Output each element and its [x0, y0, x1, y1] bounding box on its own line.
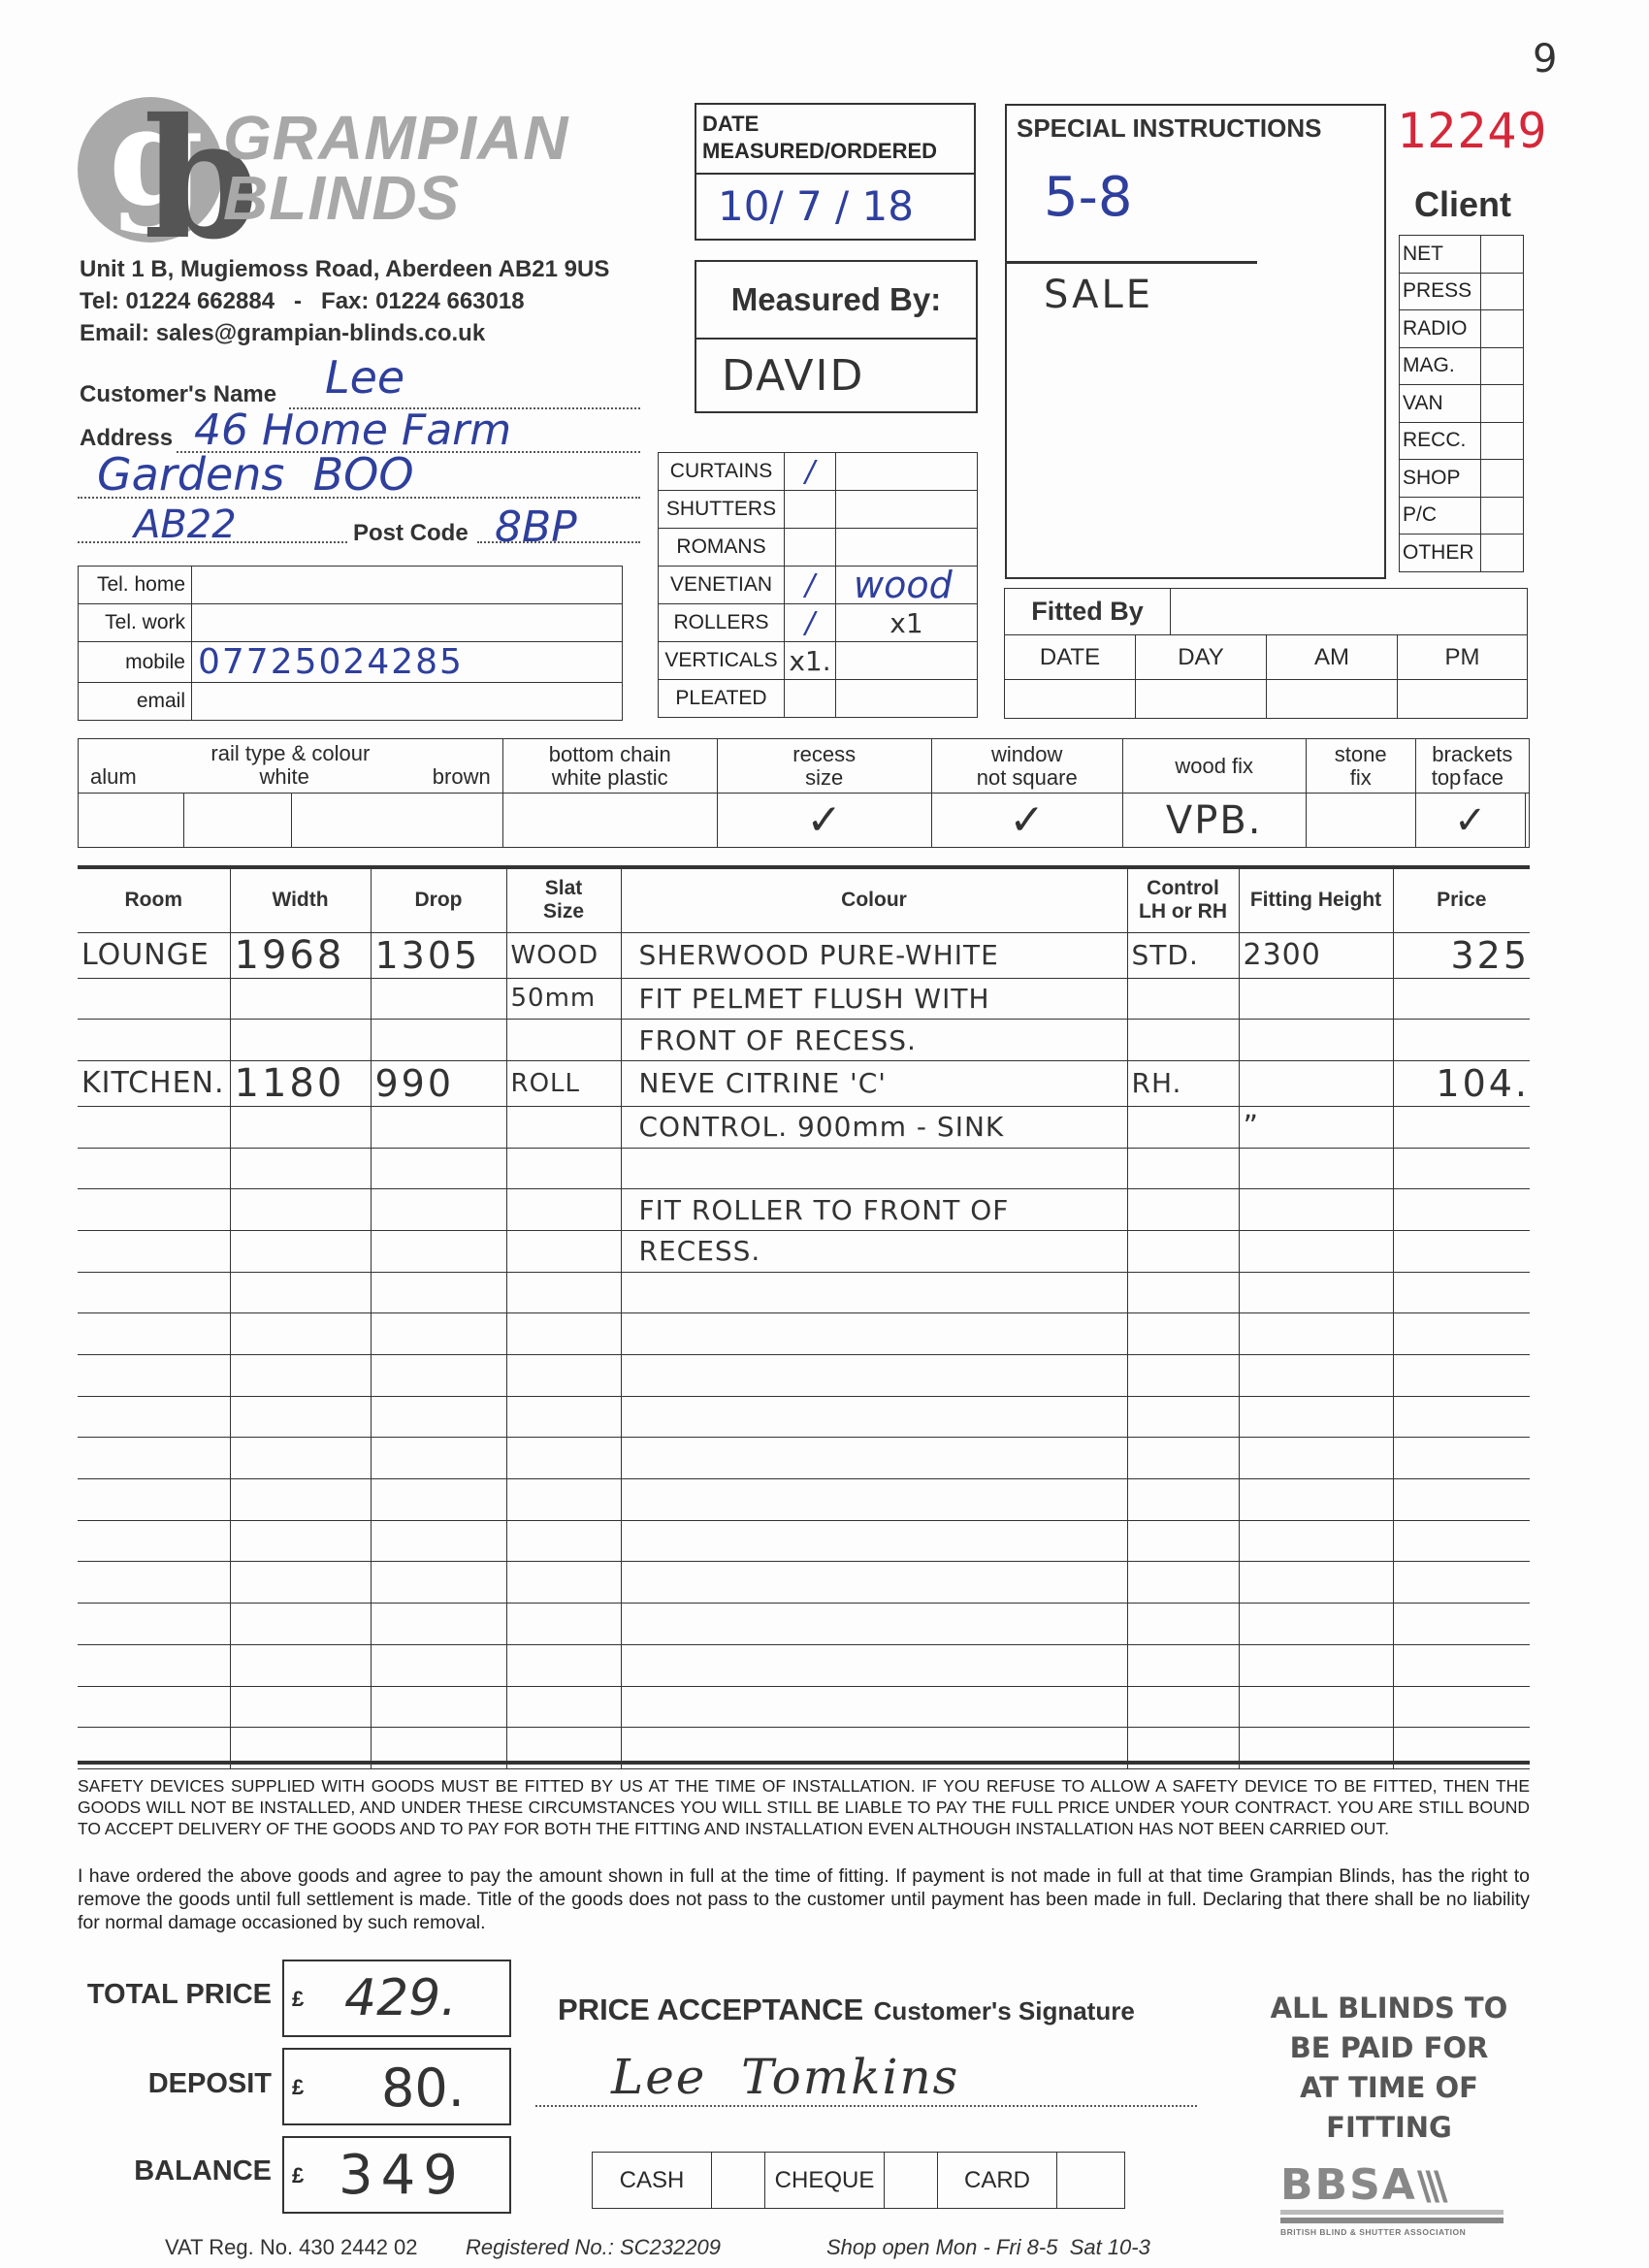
payment-method-table: CASH CHEQUE CARD [592, 2152, 1125, 2209]
rail-alum-field[interactable] [79, 794, 184, 848]
cell-width[interactable] [230, 1644, 371, 1686]
cell-price[interactable] [1393, 1479, 1530, 1521]
cell-control[interactable] [1127, 1148, 1239, 1189]
payment-notice: ALL BLINDS TO BE PAID FOR AT TIME OF FIT… [1244, 1989, 1535, 2148]
cell-drop[interactable] [371, 1644, 506, 1686]
cell-colour[interactable] [621, 1644, 1127, 1686]
special-instructions-label: SPECIAL INSTRUCTIONS [1017, 113, 1321, 144]
cell-width[interactable] [230, 1479, 371, 1521]
cell-price[interactable] [1393, 1520, 1530, 1562]
cell-slat[interactable] [506, 1313, 621, 1355]
cell-room[interactable] [78, 1604, 230, 1645]
signature-line [535, 2105, 1197, 2107]
cell-control[interactable]: STD. [1127, 932, 1239, 978]
cell-slat[interactable] [506, 1106, 621, 1148]
cell-price[interactable] [1393, 1604, 1530, 1645]
cell-room[interactable] [78, 1479, 230, 1521]
rail-type-label: rail type & colour [79, 742, 502, 765]
recess-label-1: recess [718, 743, 931, 766]
cell-price[interactable] [1393, 1562, 1530, 1604]
cell-width[interactable] [230, 1604, 371, 1645]
measured-by-label: Measured By: [731, 281, 941, 318]
cell-colour[interactable] [621, 1604, 1127, 1645]
cell-drop[interactable] [371, 1438, 506, 1479]
cell-drop[interactable] [371, 1230, 506, 1272]
blind-type-curtains-check[interactable]: / [785, 453, 836, 491]
blind-type-pleated-check[interactable] [785, 680, 836, 718]
cell-width[interactable] [230, 978, 371, 1020]
cell-drop[interactable] [371, 1604, 506, 1645]
cell-width[interactable]: 1968 [230, 932, 371, 978]
cell-control[interactable] [1127, 1438, 1239, 1479]
cell-fitting[interactable] [1239, 1562, 1393, 1604]
cell-fitting[interactable] [1239, 1272, 1393, 1313]
bbsa-stripes-icon: \\\ [1417, 2164, 1442, 2209]
col-price: Price [1393, 868, 1530, 932]
customer-name-field[interactable]: Lee [325, 351, 404, 404]
page-number-annotation: 9 [1533, 37, 1557, 81]
cell-width[interactable] [230, 1562, 371, 1604]
cell-fitting[interactable] [1239, 1230, 1393, 1272]
cell-colour[interactable]: CONTROL. 900mm - SINK [621, 1106, 1127, 1148]
cell-control[interactable] [1127, 1020, 1239, 1061]
cell-slat[interactable] [506, 1520, 621, 1562]
cell-control[interactable] [1127, 1313, 1239, 1355]
cell-room[interactable]: LOUNGE [78, 932, 230, 978]
tel-work-label: Tel. work [79, 604, 192, 642]
cell-control[interactable] [1127, 1604, 1239, 1645]
cell-colour[interactable]: SHERWOOD PURE-WHITE [621, 932, 1127, 978]
blind-type-romans-check[interactable] [785, 529, 836, 567]
cell-price[interactable] [1393, 1438, 1530, 1479]
cell-fitting[interactable] [1239, 1520, 1393, 1562]
cell-room[interactable]: KITCHEN. [78, 1060, 230, 1106]
client-source-van-checkbox[interactable] [1481, 385, 1524, 423]
cell-width[interactable] [230, 1020, 371, 1061]
cell-colour[interactable] [621, 1355, 1127, 1397]
cell-fitting[interactable] [1239, 1020, 1393, 1061]
bbsa-bar-2 [1280, 2218, 1503, 2223]
cell-colour[interactable]: FRONT OF RECESS. [621, 1020, 1127, 1061]
window-not-square-field[interactable]: ✓ [931, 794, 1122, 848]
client-source-net-checkbox[interactable] [1481, 236, 1524, 274]
fitted-by-table: Fitted By [1004, 588, 1528, 635]
table-row: LOUNGE19681305WOODSHERWOOD PURE-WHITESTD… [78, 932, 1530, 978]
cell-room[interactable] [78, 1230, 230, 1272]
cell-control[interactable] [1127, 1396, 1239, 1438]
cell-fitting[interactable] [1239, 1604, 1393, 1645]
cell-width[interactable] [230, 1396, 371, 1438]
payment-cash-checkbox[interactable] [712, 2153, 765, 2209]
cell-fitting[interactable] [1239, 1313, 1393, 1355]
blind-type-curtains-label: CURTAINS [659, 453, 785, 491]
cell-room[interactable] [78, 1396, 230, 1438]
cell-slat[interactable] [506, 1396, 621, 1438]
blind-type-shutters-label: SHUTTERS [659, 491, 785, 529]
cell-room[interactable] [78, 1562, 230, 1604]
table-row [78, 1355, 1530, 1397]
cell-width[interactable]: 1180 [230, 1060, 371, 1106]
balance-box[interactable]: £ 349 [282, 2136, 511, 2214]
table-row [78, 1686, 1530, 1728]
cell-colour[interactable] [621, 1272, 1127, 1313]
total-price-field[interactable]: 429. [344, 1969, 457, 2027]
col-colour: Colour [621, 868, 1127, 932]
cell-width[interactable] [230, 1520, 371, 1562]
cell-control[interactable] [1127, 1562, 1239, 1604]
cell-control[interactable] [1127, 1230, 1239, 1272]
cell-fitting[interactable] [1239, 1060, 1393, 1106]
cell-colour[interactable]: RECESS. [621, 1230, 1127, 1272]
cell-fitting[interactable] [1239, 1686, 1393, 1728]
address-field-line2[interactable]: Gardens BOO [97, 448, 414, 501]
client-source-recc-checkbox[interactable] [1481, 422, 1524, 460]
measured-by-field[interactable]: DAVID [722, 351, 864, 401]
cell-colour[interactable] [621, 1438, 1127, 1479]
date-measured-field[interactable]: 10/ 7 / 18 [718, 182, 914, 230]
cell-width[interactable] [230, 1189, 371, 1231]
blind-type-pleated-note[interactable] [836, 680, 978, 718]
rail-white-field[interactable] [184, 794, 292, 848]
cell-drop[interactable]: 990 [371, 1060, 506, 1106]
stone-fix-field[interactable] [1306, 794, 1415, 848]
cell-drop[interactable] [371, 1313, 506, 1355]
balance-currency: £ [292, 2163, 304, 2188]
cell-control[interactable] [1127, 978, 1239, 1020]
table-row [78, 1148, 1530, 1189]
cell-room[interactable] [78, 1355, 230, 1397]
cell-room[interactable] [78, 1020, 230, 1061]
cell-price[interactable] [1393, 978, 1530, 1020]
brackets-face-field[interactable] [1525, 794, 1529, 848]
cell-slat[interactable] [506, 1230, 621, 1272]
cell-colour[interactable]: NEVE CITRINE 'C' [621, 1060, 1127, 1106]
cell-fitting[interactable] [1239, 1396, 1393, 1438]
cell-slat[interactable]: WOOD [506, 932, 621, 978]
customer-signature-label: Customer's Signature [874, 1996, 1135, 2025]
wood-fix-field[interactable]: VPB. [1122, 794, 1306, 848]
stone-label-2: fix [1307, 766, 1415, 790]
blind-type-shutters-check[interactable] [785, 491, 836, 529]
cell-control[interactable] [1127, 1355, 1239, 1397]
cell-drop[interactable] [371, 1355, 506, 1397]
cell-price[interactable] [1393, 1020, 1530, 1061]
cell-room[interactable] [78, 1189, 230, 1231]
cell-colour[interactable] [621, 1520, 1127, 1562]
blind-type-curtains-note[interactable] [836, 453, 978, 491]
cell-control[interactable] [1127, 1686, 1239, 1728]
cell-drop[interactable] [371, 1148, 506, 1189]
special-instructions-divider [1007, 261, 1257, 264]
cell-price[interactable]: 325 [1393, 932, 1530, 978]
fitted-by-label: Fitted By [1005, 589, 1171, 635]
payment-card-label: CARD [938, 2153, 1057, 2209]
cell-drop[interactable]: 1305 [371, 932, 506, 978]
blind-type-venetian-note[interactable]: wood [836, 567, 978, 604]
email-field[interactable] [192, 683, 623, 721]
date-label-line2: MEASURED/ORDERED [702, 138, 937, 165]
blind-type-venetian-check[interactable]: / [785, 567, 836, 604]
table-row [78, 1438, 1530, 1479]
table-row: 50mmFIT PELMET FLUSH WITH [78, 978, 1530, 1020]
blind-type-verticals-label: VERTICALS [659, 642, 785, 680]
cell-width[interactable] [230, 1355, 371, 1397]
client-source-pc-checkbox[interactable] [1481, 497, 1524, 535]
fitting-options-table: rail type & colour alum white brown bott… [78, 738, 1530, 848]
cell-price[interactable] [1393, 1396, 1530, 1438]
cell-width[interactable] [230, 1148, 371, 1189]
cell-room[interactable] [78, 1644, 230, 1686]
cell-control[interactable] [1127, 1644, 1239, 1686]
cell-room[interactable] [78, 1686, 230, 1728]
blind-type-romans-note[interactable] [836, 529, 978, 567]
cell-price[interactable] [1393, 1313, 1530, 1355]
recess-size-field[interactable]: ✓ [717, 794, 931, 848]
bottom-chain-field[interactable] [502, 794, 717, 848]
address-field-line3[interactable]: AB22 [134, 502, 237, 547]
cell-fitting[interactable] [1239, 1148, 1393, 1189]
bbsa-bar-1 [1280, 2210, 1503, 2215]
cell-control[interactable] [1127, 1106, 1239, 1148]
special-instructions-line2[interactable]: SALE [1044, 273, 1153, 317]
col-slat-label-1: Slat [507, 877, 621, 900]
cell-price[interactable]: 104. [1393, 1060, 1530, 1106]
tel-home-field[interactable] [192, 567, 623, 604]
cell-fitting[interactable] [1239, 1355, 1393, 1397]
table-row [78, 1396, 1530, 1438]
cell-room[interactable] [78, 1313, 230, 1355]
cell-price[interactable] [1393, 1644, 1530, 1686]
blind-type-rollers-label: ROLLERS [659, 604, 785, 642]
cell-fitting[interactable]: ” [1239, 1106, 1393, 1148]
postcode-field[interactable]: 8BP [495, 502, 577, 552]
special-instructions-line1[interactable]: 5-8 [1044, 166, 1132, 229]
recess-label-2: size [718, 766, 931, 790]
blind-type-table: CURTAINS / SHUTTERS ROMANS VENETIAN / wo… [658, 452, 978, 718]
cell-room[interactable] [78, 1106, 230, 1148]
cell-control[interactable] [1127, 1189, 1239, 1231]
cell-slat[interactable] [506, 1272, 621, 1313]
table-row: RECESS. [78, 1230, 1530, 1272]
cell-slat[interactable] [506, 1355, 621, 1397]
payment-card-checkbox[interactable] [1057, 2153, 1125, 2209]
cell-slat[interactable]: 50mm [506, 978, 621, 1020]
client-source-press-checkbox[interactable] [1481, 273, 1524, 310]
blind-type-venetian-label: VENETIAN [659, 567, 785, 604]
bbsa-logo-text: BBSA\\\ [1280, 2166, 1503, 2206]
table-row [78, 1520, 1530, 1562]
table-row [78, 1604, 1530, 1645]
col-room: Room [78, 868, 230, 932]
cell-colour[interactable]: FIT PELMET FLUSH WITH [621, 978, 1127, 1020]
stone-fix-header: stone fix [1306, 739, 1415, 794]
balance-field[interactable]: 349 [339, 2144, 466, 2207]
postcode-label: Post Code [353, 520, 469, 547]
fitting-pm-field[interactable] [1398, 680, 1528, 719]
cell-colour[interactable] [621, 1148, 1127, 1189]
cell-drop[interactable] [371, 1562, 506, 1604]
items-table-body: LOUNGE19681305WOODSHERWOOD PURE-WHITESTD… [78, 932, 1530, 1768]
total-currency: £ [292, 1987, 304, 2012]
client-source-recc: RECC. [1400, 422, 1481, 460]
wood-fix-header: wood fix [1122, 739, 1306, 794]
cell-price[interactable] [1393, 1686, 1530, 1728]
cell-fitting[interactable] [1239, 1189, 1393, 1231]
client-source-other: OTHER [1400, 535, 1481, 572]
cell-fitting[interactable] [1239, 978, 1393, 1020]
cell-fitting[interactable] [1239, 1644, 1393, 1686]
total-price-box[interactable]: £ 429. [282, 1960, 511, 2037]
cell-price[interactable] [1393, 1106, 1530, 1148]
cell-slat[interactable] [506, 1604, 621, 1645]
cell-drop[interactable] [371, 1396, 506, 1438]
blind-type-verticals-check[interactable]: x1. [785, 642, 836, 680]
table-row: FRONT OF RECESS. [78, 1020, 1530, 1061]
cell-drop[interactable] [371, 978, 506, 1020]
table-row [78, 1313, 1530, 1355]
cell-fitting[interactable] [1239, 1479, 1393, 1521]
client-source-radio-checkbox[interactable] [1481, 310, 1524, 348]
blind-type-pleated-label: PLEATED [659, 680, 785, 718]
cell-colour[interactable] [621, 1686, 1127, 1728]
logo-name-line1: GRAMPIAN [223, 107, 568, 169]
cell-drop[interactable] [371, 1272, 506, 1313]
company-address: Unit 1 B, Mugiemoss Road, Aberdeen AB21 … [80, 256, 609, 283]
col-control-label-1: Control [1128, 877, 1239, 900]
col-control-label-2: LH or RH [1128, 900, 1239, 923]
tel-work-field[interactable] [192, 604, 623, 642]
cell-slat[interactable] [506, 1020, 621, 1061]
bottom-chain-header: bottom chain white plastic [502, 739, 717, 794]
customer-name-label: Customer's Name [80, 381, 276, 408]
mobile-label: mobile [79, 642, 192, 683]
fitting-date-field[interactable] [1005, 680, 1136, 719]
bbsa-full-name: BRITISH BLIND & SHUTTER ASSOCIATION [1280, 2227, 1503, 2237]
rail-brown-label: brown [433, 765, 491, 789]
cell-control[interactable] [1127, 1520, 1239, 1562]
rail-brown-field[interactable] [292, 794, 503, 848]
col-width: Width [230, 868, 371, 932]
client-source-radio: RADIO [1400, 310, 1481, 348]
cell-room[interactable] [78, 978, 230, 1020]
blind-type-romans-label: ROMANS [659, 529, 785, 567]
cell-drop[interactable] [371, 1479, 506, 1521]
blind-type-rollers-note[interactable]: x1 [836, 604, 978, 642]
cell-price[interactable] [1393, 1189, 1530, 1231]
cell-drop[interactable] [371, 1189, 506, 1231]
cell-width[interactable] [230, 1686, 371, 1728]
cell-width[interactable] [230, 1272, 371, 1313]
cell-price[interactable] [1393, 1230, 1530, 1272]
cell-slat[interactable] [506, 1479, 621, 1521]
cell-slat[interactable] [506, 1644, 621, 1686]
table-row: CONTROL. 900mm - SINK” [78, 1106, 1530, 1148]
col-slat-size: Slat Size [506, 868, 621, 932]
payment-notice-line1: ALL BLINDS TO [1244, 1989, 1535, 2028]
deposit-field[interactable]: 80. [381, 2057, 465, 2119]
company-phone: Tel: 01224 662884 - Fax: 01224 663018 [80, 288, 525, 315]
fitting-day-header: DAY [1136, 635, 1267, 680]
cell-fitting[interactable]: 2300 [1239, 932, 1393, 978]
total-price-label: TOTAL PRICE [87, 1979, 272, 2011]
cell-width[interactable] [230, 1313, 371, 1355]
cell-width[interactable] [230, 1106, 371, 1148]
cell-colour[interactable] [621, 1562, 1127, 1604]
bbsa-logo: BBSA\\\ BRITISH BLIND & SHUTTER ASSOCIAT… [1280, 2166, 1503, 2237]
cell-colour[interactable] [621, 1396, 1127, 1438]
cell-colour[interactable] [621, 1313, 1127, 1355]
cell-slat[interactable] [506, 1562, 621, 1604]
cell-drop[interactable] [371, 1106, 506, 1148]
price-acceptance-heading: PRICE ACCEPTANCE Customer's Signature [558, 1993, 1135, 2027]
payment-notice-line4: FITTING [1244, 2108, 1535, 2148]
fitted-by-field[interactable] [1171, 589, 1528, 635]
items-table: Room Width Drop Slat Size Colour Control… [78, 868, 1530, 1769]
cell-colour[interactable]: FIT ROLLER TO FRONT OF [621, 1189, 1127, 1231]
cell-control[interactable] [1127, 1272, 1239, 1313]
cell-width[interactable] [230, 1438, 371, 1479]
client-source-van: VAN [1400, 385, 1481, 423]
payment-notice-line3: AT TIME OF [1244, 2068, 1535, 2108]
cell-slat[interactable]: ROLL [506, 1060, 621, 1106]
blind-type-rollers-check[interactable]: / [785, 604, 836, 642]
cell-room[interactable] [78, 1438, 230, 1479]
cell-slat[interactable] [506, 1686, 621, 1728]
cell-fitting[interactable] [1239, 1438, 1393, 1479]
cell-room[interactable] [78, 1148, 230, 1189]
cell-price[interactable] [1393, 1272, 1530, 1313]
bottom-chain-label-1: bottom chain [503, 743, 717, 766]
cell-drop[interactable] [371, 1686, 506, 1728]
deposit-box[interactable]: £ 80. [282, 2048, 511, 2125]
client-source-shop-checkbox[interactable] [1481, 460, 1524, 498]
cell-price[interactable] [1393, 1355, 1530, 1397]
balance-label: BALANCE [134, 2155, 272, 2187]
cell-control[interactable] [1127, 1479, 1239, 1521]
cell-slat[interactable] [506, 1438, 621, 1479]
blind-type-verticals-note[interactable] [836, 642, 978, 680]
cell-room[interactable] [78, 1520, 230, 1562]
client-source-mag-checkbox[interactable] [1481, 347, 1524, 385]
client-source-other-checkbox[interactable] [1481, 535, 1524, 572]
tel-home-label: Tel. home [79, 567, 192, 604]
cell-width[interactable] [230, 1230, 371, 1272]
cell-drop[interactable] [371, 1520, 506, 1562]
brackets-top-field[interactable]: ✓ [1415, 794, 1525, 848]
mobile-field[interactable]: 07725024285 [192, 642, 623, 683]
payment-cash-label: CASH [593, 2153, 712, 2209]
cell-room[interactable] [78, 1272, 230, 1313]
payment-cheque-checkbox[interactable] [885, 2153, 938, 2209]
cell-drop[interactable] [371, 1020, 506, 1061]
special-instructions-box: SPECIAL INSTRUCTIONS 5-8 SALE [1005, 104, 1386, 579]
cell-slat[interactable] [506, 1148, 621, 1189]
customer-signature-field[interactable]: Lee Tomkins [611, 2049, 959, 2105]
blind-type-shutters-note[interactable] [836, 491, 978, 529]
cell-colour[interactable] [621, 1479, 1127, 1521]
fitting-am-field[interactable] [1267, 680, 1398, 719]
deposit-currency: £ [292, 2075, 304, 2100]
fitting-day-field[interactable] [1136, 680, 1267, 719]
client-source-mag: MAG. [1400, 347, 1481, 385]
bbsa-letters: BBSA [1280, 2160, 1417, 2210]
col-fitting-height: Fitting Height [1239, 868, 1393, 932]
cell-price[interactable] [1393, 1148, 1530, 1189]
cell-slat[interactable] [506, 1189, 621, 1231]
col-drop: Drop [371, 868, 506, 932]
price-acceptance-title: PRICE ACCEPTANCE [558, 1993, 863, 2026]
cell-control[interactable]: RH. [1127, 1060, 1239, 1106]
